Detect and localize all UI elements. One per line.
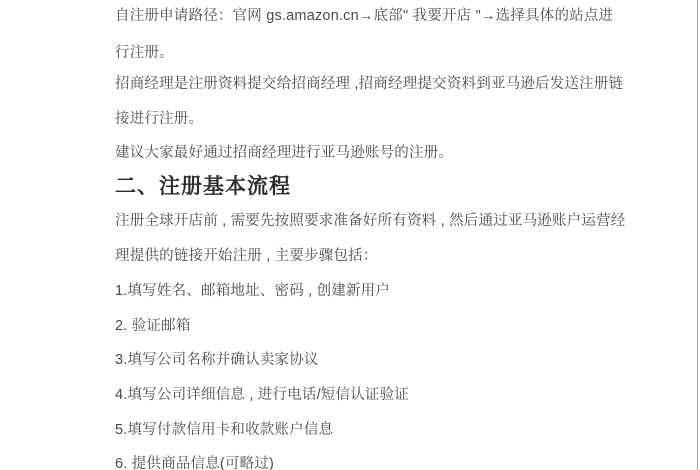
page-edge-divider [697, 0, 699, 470]
doc-step-4-company-details: 4.填写公司详细信息 , 进行电话/短信认证验证 [115, 386, 409, 404]
doc-step-6-product-info: 6. 提供商品信息(可略过) [115, 455, 274, 470]
doc-line-recommendation: 建议大家最好通过招商经理进行亚马逊账号的注册。 [115, 144, 453, 162]
doc-step-3-company-name: 3.填写公司名称并确认卖家协议 [115, 351, 319, 369]
doc-step-1-create-user: 1.填写姓名、邮箱地址、密码 , 创建新用户 [115, 282, 390, 300]
doc-line-self-register-path-2: 行注册。 [115, 44, 174, 62]
section-heading-registration-process: 二、注册基本流程 [115, 175, 291, 198]
doc-line-manager-register-2: 接进行注册。 [115, 110, 203, 128]
doc-step-2-verify-email: 2. 验证邮箱 [115, 317, 191, 335]
doc-line-manager-register: 招商经理是注册资料提交给招商经理 ,招商经理提交资料到亚马逊后发送注册链 [115, 75, 623, 93]
document-page: 自注册申请路径：官网 gs.amazon.cn→底部" 我要开店 "→选择具体的… [0, 0, 700, 470]
doc-line-prepare-materials: 注册全球开店前 , 需要先按照要求准备好所有资料 , 然后通过亚马逊账户运营经 [115, 212, 625, 230]
doc-line-prepare-materials-2: 理提供的链接开始注册 , 主要步骤包括： [115, 247, 378, 265]
doc-line-self-register-path: 自注册申请路径：官网 gs.amazon.cn→底部" 我要开店 "→选择具体的… [115, 7, 613, 25]
doc-step-5-payment-info: 5.填写付款信用卡和收款账户信息 [115, 421, 333, 439]
